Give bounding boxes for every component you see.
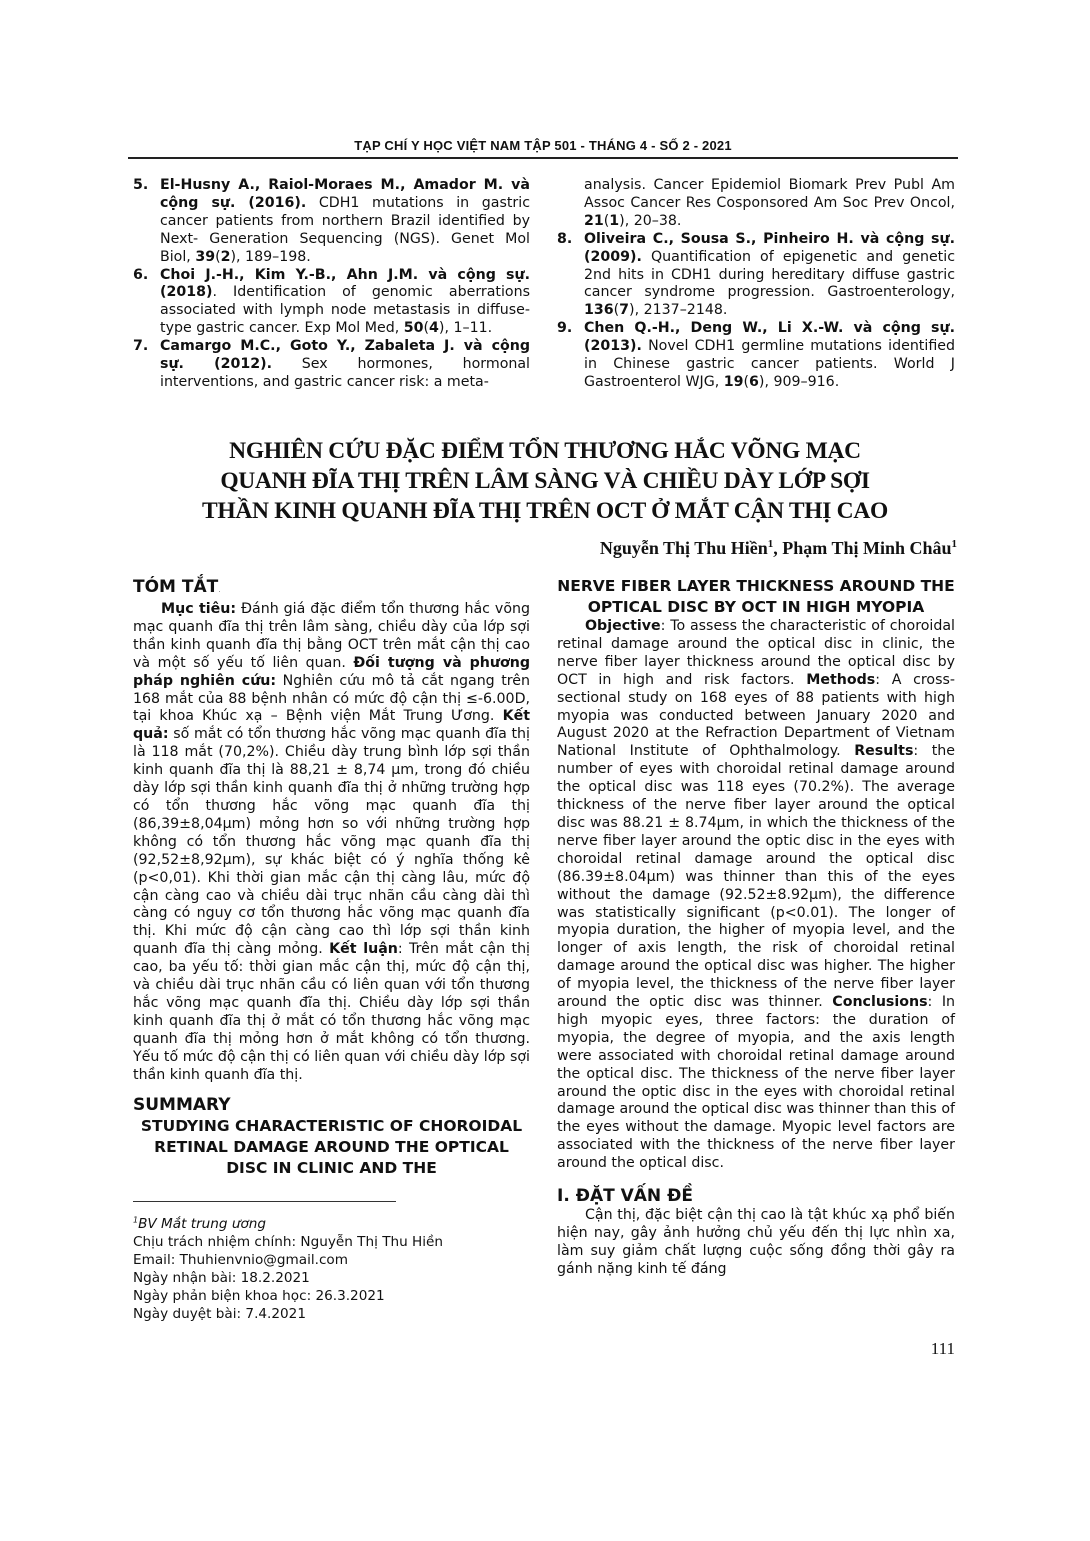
reference-pages: ), 20–38.: [619, 213, 681, 229]
corresponding-author: Chịu trách nhiệm chính: Nguyễn Thị Thu H…: [133, 1233, 530, 1251]
reference-issue: 7: [619, 302, 629, 318]
abstract-vietnamese: TÓM TẮT. Mục tiêu: Đánh giá đặc điểm tổn…: [133, 576, 530, 1179]
reference-volume: 21: [584, 213, 604, 229]
reference-item: 6.Choi J.-H., Kim Y.-B., Ahn J.M. và cộn…: [133, 267, 530, 339]
reference-issue: 4: [429, 320, 439, 336]
conclusion-label: Conclusions: [832, 994, 927, 1010]
reference-issue: 2: [221, 249, 231, 265]
reference-pages: ), 189–198.: [231, 249, 311, 265]
reference-item: 5.El-Husny A., Raiol-Moraes M., Amador M…: [133, 177, 530, 267]
abstract-english: NERVE FIBER LAYER THICKNESS AROUND THE O…: [557, 576, 955, 1279]
reference-number: 9.: [557, 320, 572, 338]
conclusion-text: : In high myopic eyes, three factors: th…: [557, 994, 955, 1171]
results-text: số mắt có tổn thương hắc võng mạc quanh …: [133, 726, 530, 957]
author-affiliation-mark: 1: [952, 538, 958, 550]
journal-page: TẠP CHÍ Y HỌC VIỆT NAM TẬP 501 - THÁNG 4…: [0, 0, 1090, 1541]
references-right-column: analysis. Cancer Epidemiol Biomark Prev …: [557, 177, 955, 392]
results-label: Results: [854, 743, 913, 759]
accepted-date: Ngày duyệt bài: 7.4.2021: [133, 1305, 530, 1323]
reference-number: 6.: [133, 267, 148, 285]
reference-volume: 19: [724, 374, 744, 390]
reference-pages: ), 909–916.: [759, 374, 839, 390]
reference-issue: 1: [609, 213, 619, 229]
references-left-column: 5.El-Husny A., Raiol-Moraes M., Amador M…: [133, 177, 530, 392]
title-line: THẦN KINH QUANH ĐĨA THỊ TRÊN OCT Ở MẮT C…: [180, 496, 910, 526]
heading-dot: .: [218, 585, 221, 594]
received-date: Ngày nhận bài: 18.2.2021: [133, 1269, 530, 1287]
footnotes: 1BV Mắt trung ương Chịu trách nhiệm chín…: [133, 1211, 530, 1323]
title-line: QUANH ĐĨA THỊ TRÊN LÂM SÀNG VÀ CHIỀU DÀY…: [180, 466, 910, 496]
results-text: : the number of eyes with choroidal reti…: [557, 743, 955, 1010]
author-separator: ,: [773, 538, 782, 558]
author-name: Nguyễn Thị Thu Hiền: [600, 538, 768, 558]
abstract-heading-text: TÓM TẮT: [133, 577, 218, 597]
reference-issue: 6: [749, 374, 759, 390]
reference-volume: 50: [404, 320, 424, 336]
objective-label: Mục tiêu:: [161, 601, 236, 617]
reference-text: analysis. Cancer Epidemiol Biomark Prev …: [584, 177, 955, 211]
reference-volume: 136: [584, 302, 614, 318]
author-list: Nguyễn Thị Thu Hiền1, Phạm Thị Minh Châu…: [600, 538, 957, 559]
affiliation-text: BV Mắt trung ương: [138, 1216, 266, 1232]
section-heading-introduction: I. ĐẶT VẤN ĐỀ: [557, 1185, 955, 1207]
affiliation-footnote: 1BV Mắt trung ương: [133, 1211, 530, 1233]
page-number: 111: [931, 1339, 955, 1359]
author-name: Phạm Thị Minh Châu: [782, 538, 951, 558]
header-rule: [128, 157, 958, 159]
reference-item: 7.Camargo M.C., Goto Y., Zabaleta J. và …: [133, 338, 530, 392]
abstract-heading: TÓM TẮT.: [133, 576, 530, 601]
reference-number: 7.: [133, 338, 148, 356]
article-title: NGHIÊN CỨU ĐẶC ĐIỂM TỔN THƯƠNG HẮC VÕNG …: [180, 436, 910, 526]
reference-item: 8.Oliveira C., Sousa S., Pinheiro H. và …: [557, 231, 955, 321]
conclusion-label: Kết luận: [329, 941, 398, 957]
running-header: TẠP CHÍ Y HỌC VIỆT NAM TẬP 501 - THÁNG 4…: [128, 138, 958, 153]
summary-title-part2: NERVE FIBER LAYER THICKNESS AROUND THE O…: [557, 576, 955, 618]
introduction-paragraph: Cận thị, đặc biệt cận thị cao là tật khú…: [557, 1207, 955, 1279]
reference-item: 9.Chen Q.-H., Deng W., Li X.-W. và cộng …: [557, 320, 955, 392]
email-text: Email: Thuhienvnio@gmail.com: [133, 1251, 530, 1269]
reference-pages: ), 1–11.: [439, 320, 492, 336]
title-line: NGHIÊN CỨU ĐẶC ĐIỂM TỔN THƯƠNG HẮC VÕNG …: [180, 436, 910, 466]
summary-body: Objective: To assess the characteristic …: [557, 618, 955, 1173]
reference-continuation: analysis. Cancer Epidemiol Biomark Prev …: [557, 177, 955, 231]
reference-number: 5.: [133, 177, 148, 195]
objective-label: Objective: [585, 618, 661, 634]
methods-label: Methods: [806, 672, 875, 688]
summary-title-part1: STUDYING CHARACTERISTIC OF CHOROIDAL RET…: [133, 1116, 530, 1179]
conclusion-text: : Trên mắt cận thị cao, ba yếu tố: thời …: [133, 941, 530, 1082]
summary-heading: SUMMARY: [133, 1094, 530, 1116]
reference-volume: 39: [195, 249, 215, 265]
footnote-rule: [133, 1201, 396, 1202]
reference-number: 8.: [557, 231, 572, 249]
reviewed-date: Ngày phản biện khoa học: 26.3.2021: [133, 1287, 530, 1305]
abstract-body: Mục tiêu: Đánh giá đặc điểm tổn thương h…: [133, 601, 530, 1084]
reference-pages: ), 2137–2148.: [629, 302, 727, 318]
